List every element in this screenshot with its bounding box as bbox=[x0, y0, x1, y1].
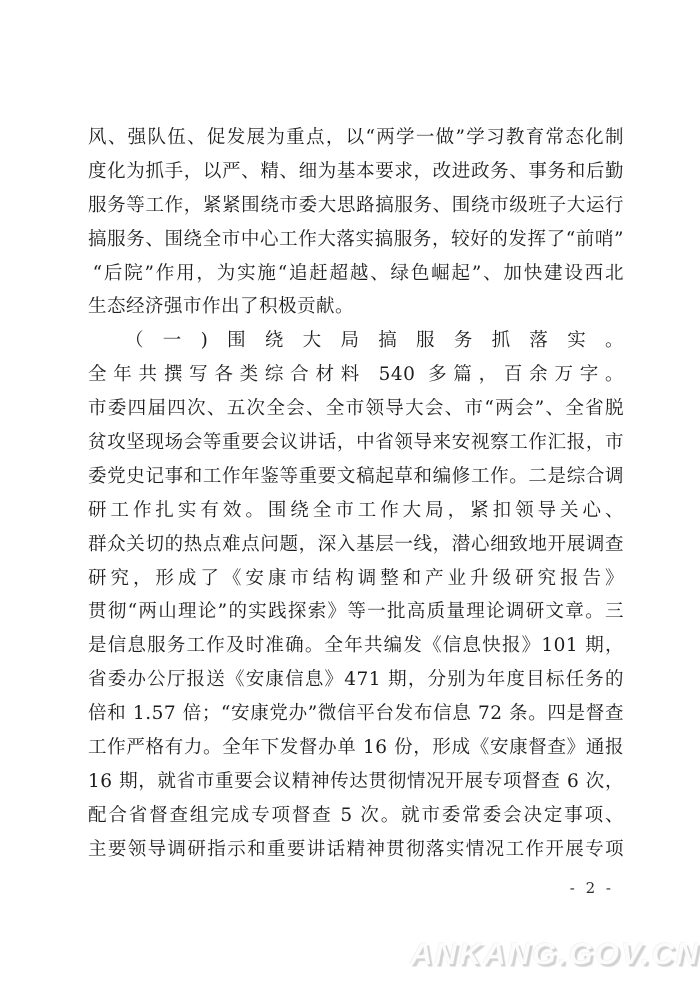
text-line-14: 研究，形成了《安康市结构调整和产业升级研究报告》《陕西安康 bbox=[88, 562, 624, 596]
text-line-9: 市委四届四次、五次全会、全市领导大会、市“两会”、全省脱 bbox=[88, 392, 624, 426]
text-line-4: 搞服务、围绕全市中心工作大落实搞服务，较好的发挥了“前哨” bbox=[88, 223, 624, 257]
text-line-7: （一)围绕大局搞服务抓落实。一是文稿起草工作精益求精。 bbox=[88, 324, 624, 358]
text-line-21: 配合省督查组完成专项督查 5 次。就市委常委会决定事项、市委 bbox=[88, 799, 624, 833]
page-number: - 2 - bbox=[570, 879, 614, 897]
text-line-13: 群众关切的热点难点问题，深入基层一线，潜心细致地开展调查 bbox=[88, 528, 624, 562]
watermark-ankang-gov-cn: ANKANG.GOV.CN bbox=[410, 936, 700, 972]
document-body: 风、强队伍、促发展为重点，以“两学一做”学习教育常态化制 度化为抓手，以严、精、… bbox=[88, 121, 624, 867]
document-page: 风、强队伍、促发展为重点，以“两学一做”学习教育常态化制 度化为抓手，以严、精、… bbox=[0, 0, 700, 990]
text-line-12: 研工作扎实有效。围绕全市工作大局，紧扣领导关心、社会关注、 bbox=[88, 494, 624, 528]
text-line-5: “后院”作用，为实施“追赶超越、绿色崛起”、加快建设西北 bbox=[88, 257, 624, 291]
text-line-22: 主要领导调研指示和重要讲话精神贯彻落实情况工作开展专项 bbox=[88, 833, 624, 867]
text-line-20: 16 期，就省市重要会议精神传达贯彻情况开展专项督查 6 次， bbox=[88, 765, 624, 799]
text-line-18: 倍和 1.57 倍；“安康党办”微信平台发布信息 72 条。四是督查 bbox=[88, 697, 624, 731]
text-line-15: 贯彻“两山理论”的实践探索》等一批高质量理论调研文章。三 bbox=[88, 595, 624, 629]
text-line-2: 度化为抓手，以严、精、细为基本要求，改进政务、事务和后勤 bbox=[88, 155, 624, 189]
text-line-17: 省委办公厅报送《安康信息》471 期，分别为年度目标任务的 2.53 bbox=[88, 663, 624, 697]
text-line-8: 全年共撰写各类综合材料 540 多篇，百余万字。先后高质量完成 bbox=[88, 358, 624, 392]
text-line-6: 生态经济强市作出了积极贡献。 bbox=[88, 290, 624, 324]
text-line-3: 服务等工作，紧紧围绕市委大思路搞服务、围绕市级班子大运行 bbox=[88, 189, 624, 223]
text-line-16: 是信息服务工作及时准确。全年共编发《信息快报》101 期，向 bbox=[88, 629, 624, 663]
text-line-10: 贫攻坚现场会等重要会议讲话，中省领导来安视察工作汇报，市 bbox=[88, 426, 624, 460]
text-line-19: 工作严格有力。全年下发督办单 16 份，形成《安康督查》通报 bbox=[88, 731, 624, 765]
text-line-1: 风、强队伍、促发展为重点，以“两学一做”学习教育常态化制 bbox=[88, 121, 624, 155]
text-line-11: 委党史记事和工作年鉴等重要文稿起草和编修工作。二是综合调 bbox=[88, 460, 624, 494]
